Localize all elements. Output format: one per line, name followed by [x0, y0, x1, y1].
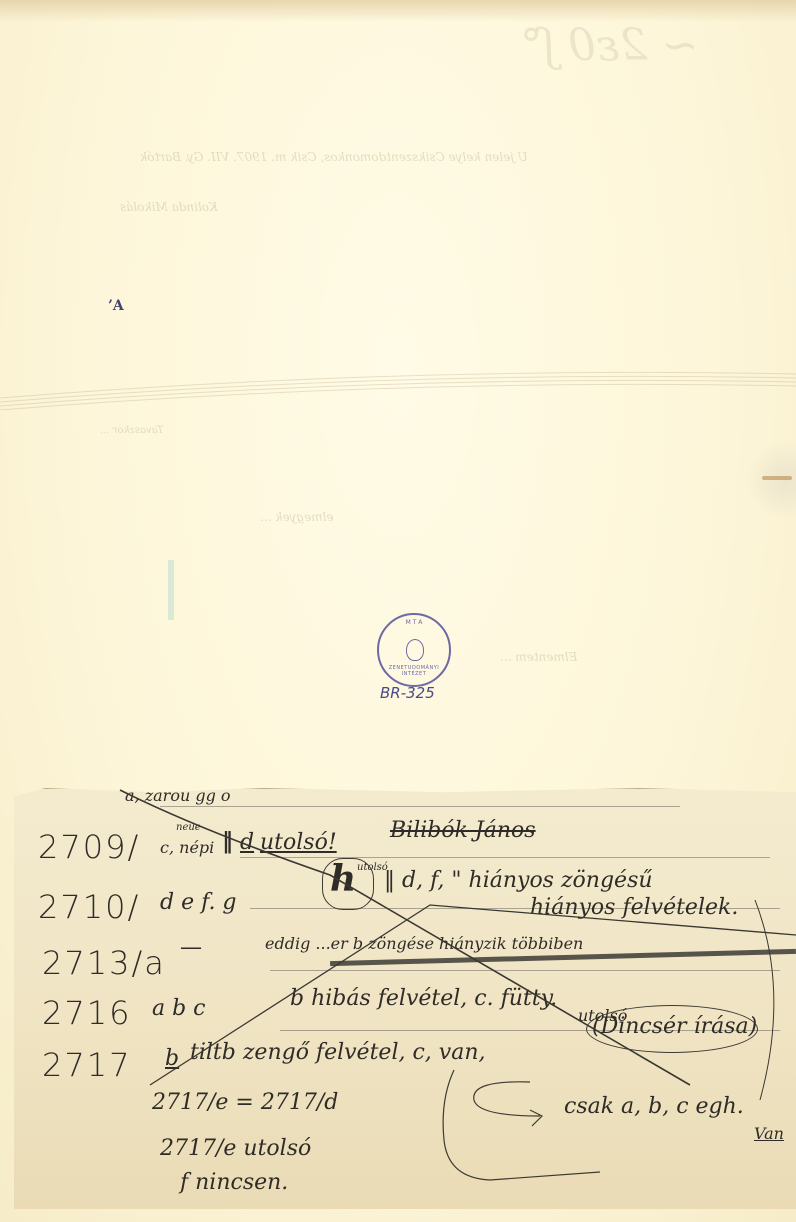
- record-letter: d: [240, 830, 254, 855]
- record-number: 2717: [42, 1046, 131, 1084]
- bleed-through-line-2: Kolinda Mikolás: [120, 200, 218, 214]
- record-dash: —: [180, 935, 202, 960]
- bleed-through-music-staff: [0, 360, 796, 410]
- library-stamp: M T A ZENETUDOMÁNYI INTÉZET: [377, 613, 451, 687]
- record-number: 2713/a: [42, 944, 166, 982]
- bleed-through-line-4: elmegyek ...: [260, 510, 334, 524]
- record-number: 2716: [42, 994, 131, 1032]
- manuscript-page: ~ 2ε0 ʃ° U jelen kelye Csikszentdomonkos…: [0, 0, 796, 1222]
- record-number: 2710/: [38, 888, 140, 926]
- record-note: b hibás felvétel, c. fütty.: [290, 986, 557, 1011]
- slip-top-fragment: a, zarou gg o: [125, 786, 231, 805]
- stamp-top-label: M T A: [379, 619, 449, 626]
- paper-stain: [0, 0, 796, 22]
- coat-of-arms-icon: [406, 639, 424, 661]
- bleed-through-title: ~ 2ε0 ʃ°: [520, 20, 698, 71]
- record-number: 2709/: [38, 828, 140, 866]
- arrow-note: csak a, b, c egh.: [564, 1094, 744, 1119]
- record-note: eddig ...er b zöngése hiányzik többiben: [265, 934, 583, 953]
- bleed-through-line-3: Tavaszkor ...: [100, 425, 163, 436]
- green-stain: [168, 560, 174, 620]
- record-letter: b: [165, 1046, 179, 1071]
- record-letters: a b c: [152, 996, 206, 1021]
- arrow-brace-icon: [430, 1060, 796, 1222]
- lower-note: f nincsen.: [180, 1170, 288, 1195]
- record-subnote: hiányos felvételek.: [530, 895, 738, 920]
- ruled-line: [270, 970, 780, 971]
- shelfmark: BR-325: [380, 684, 435, 702]
- lower-note: 2717/e utolsó: [160, 1136, 311, 1161]
- ruled-line: [160, 806, 680, 807]
- stamp-ring-text: ZENETUDOMÁNYI INTÉZET: [385, 665, 443, 677]
- bleed-through-line-5: Elmentem ...: [500, 650, 577, 664]
- record-letters: d e f. g: [160, 890, 237, 915]
- ruled-line: [240, 857, 770, 858]
- record-marker: ‖: [222, 828, 233, 854]
- record-note: ‖ d, f, " hiányos zöngésű: [384, 868, 653, 893]
- arrow-subnote: Van: [754, 1124, 784, 1143]
- ink-mark: ’A: [108, 298, 124, 314]
- struck-name: Bilibók János: [390, 818, 536, 843]
- author-note: (Dincsér írása): [592, 1014, 757, 1039]
- bleed-through-line-1: U jelen kelye Csikszentdomonkos, Csik m.…: [140, 150, 528, 164]
- lower-note: 2717/e = 2717/d: [152, 1090, 338, 1115]
- record-prefix: c, népi: [160, 838, 214, 857]
- superscript-note: neue: [176, 822, 201, 833]
- record-note: utolsó!: [260, 830, 337, 855]
- paper-tear: [746, 440, 796, 520]
- circled-letter: h: [330, 858, 356, 900]
